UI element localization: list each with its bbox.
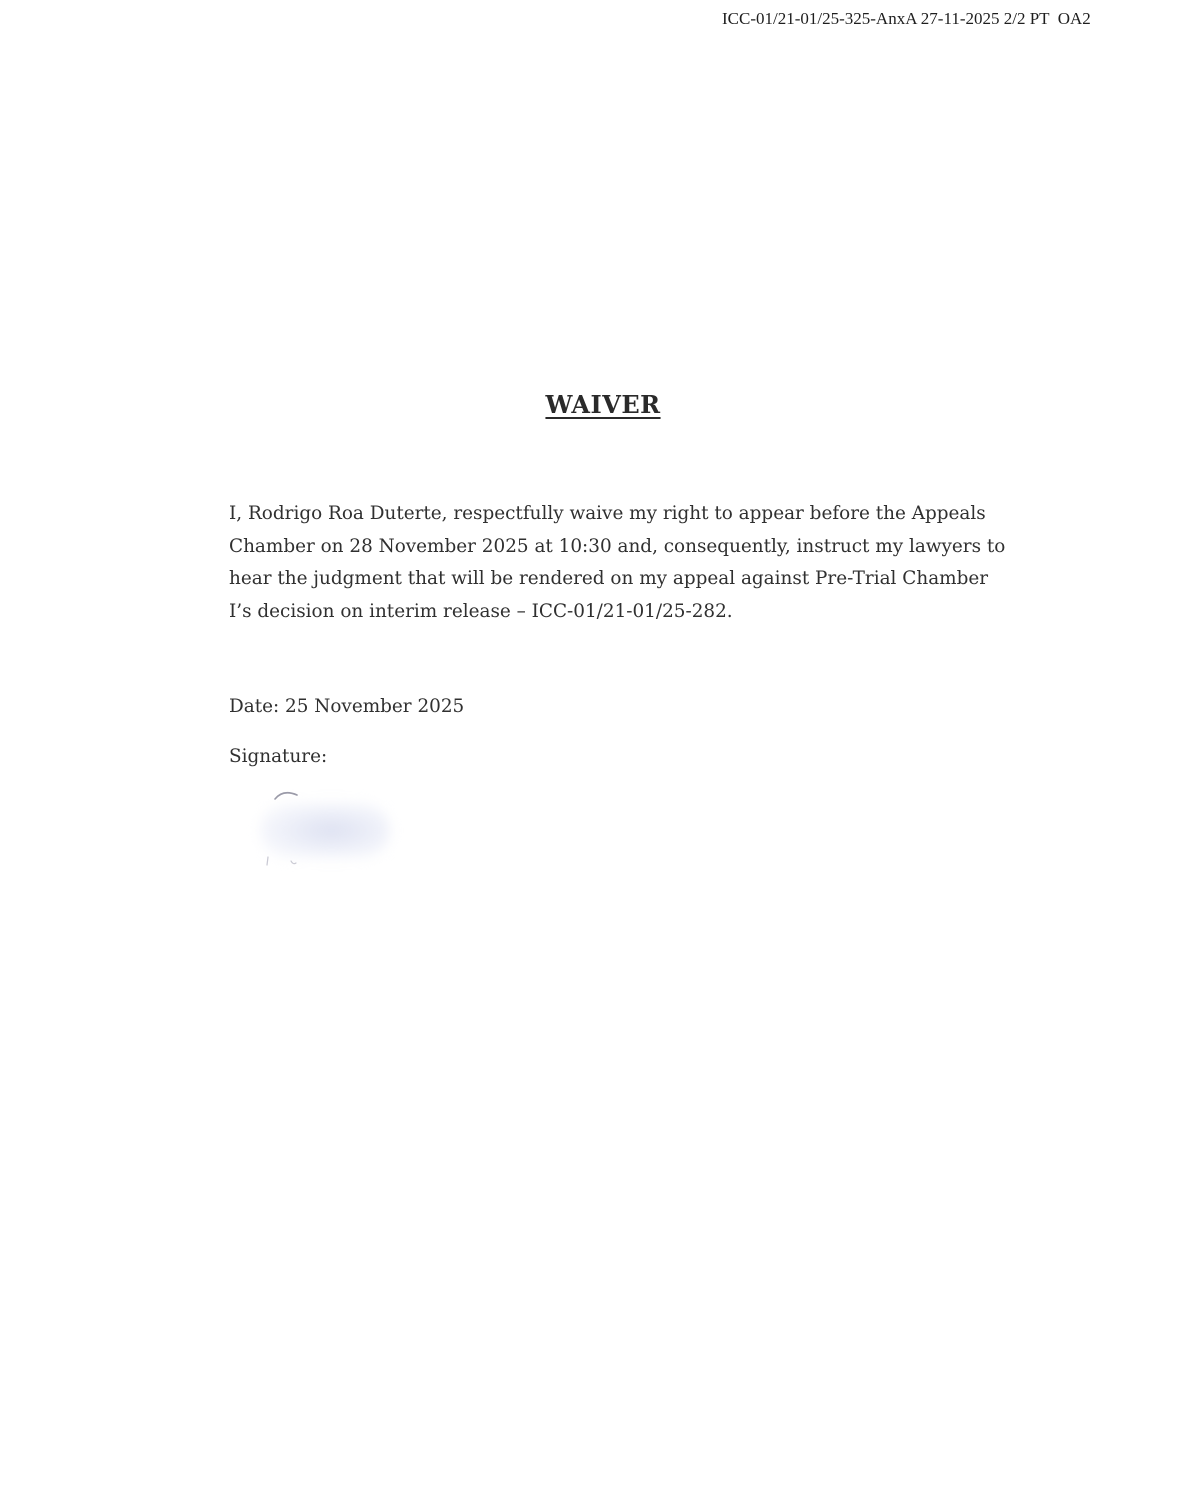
waiver-statement: I, Rodrigo Roa Duterte, respectfully wai… — [229, 498, 989, 628]
waiver-statement-line: Chamber on 28 November 2025 at 10:30 and… — [229, 531, 989, 564]
signature-label: Signature: — [229, 746, 327, 767]
redacted-signature-icon — [255, 785, 395, 875]
document-title: WAIVER — [545, 390, 660, 419]
waiver-statement-line: I’s decision on interim release – ICC-01… — [229, 596, 989, 629]
date-line: Date: 25 November 2025 — [229, 696, 464, 717]
waiver-statement-line: I, Rodrigo Roa Duterte, respectfully wai… — [229, 498, 989, 531]
document-reference-header: ICC-01/21-01/25-325-AnxA 27-11-2025 2/2 … — [722, 9, 1091, 29]
signature-stroke-icon — [255, 785, 395, 875]
waiver-statement-line: hear the judgment that will be rendered … — [229, 563, 989, 596]
document-title-container: WAIVER — [0, 390, 1200, 419]
